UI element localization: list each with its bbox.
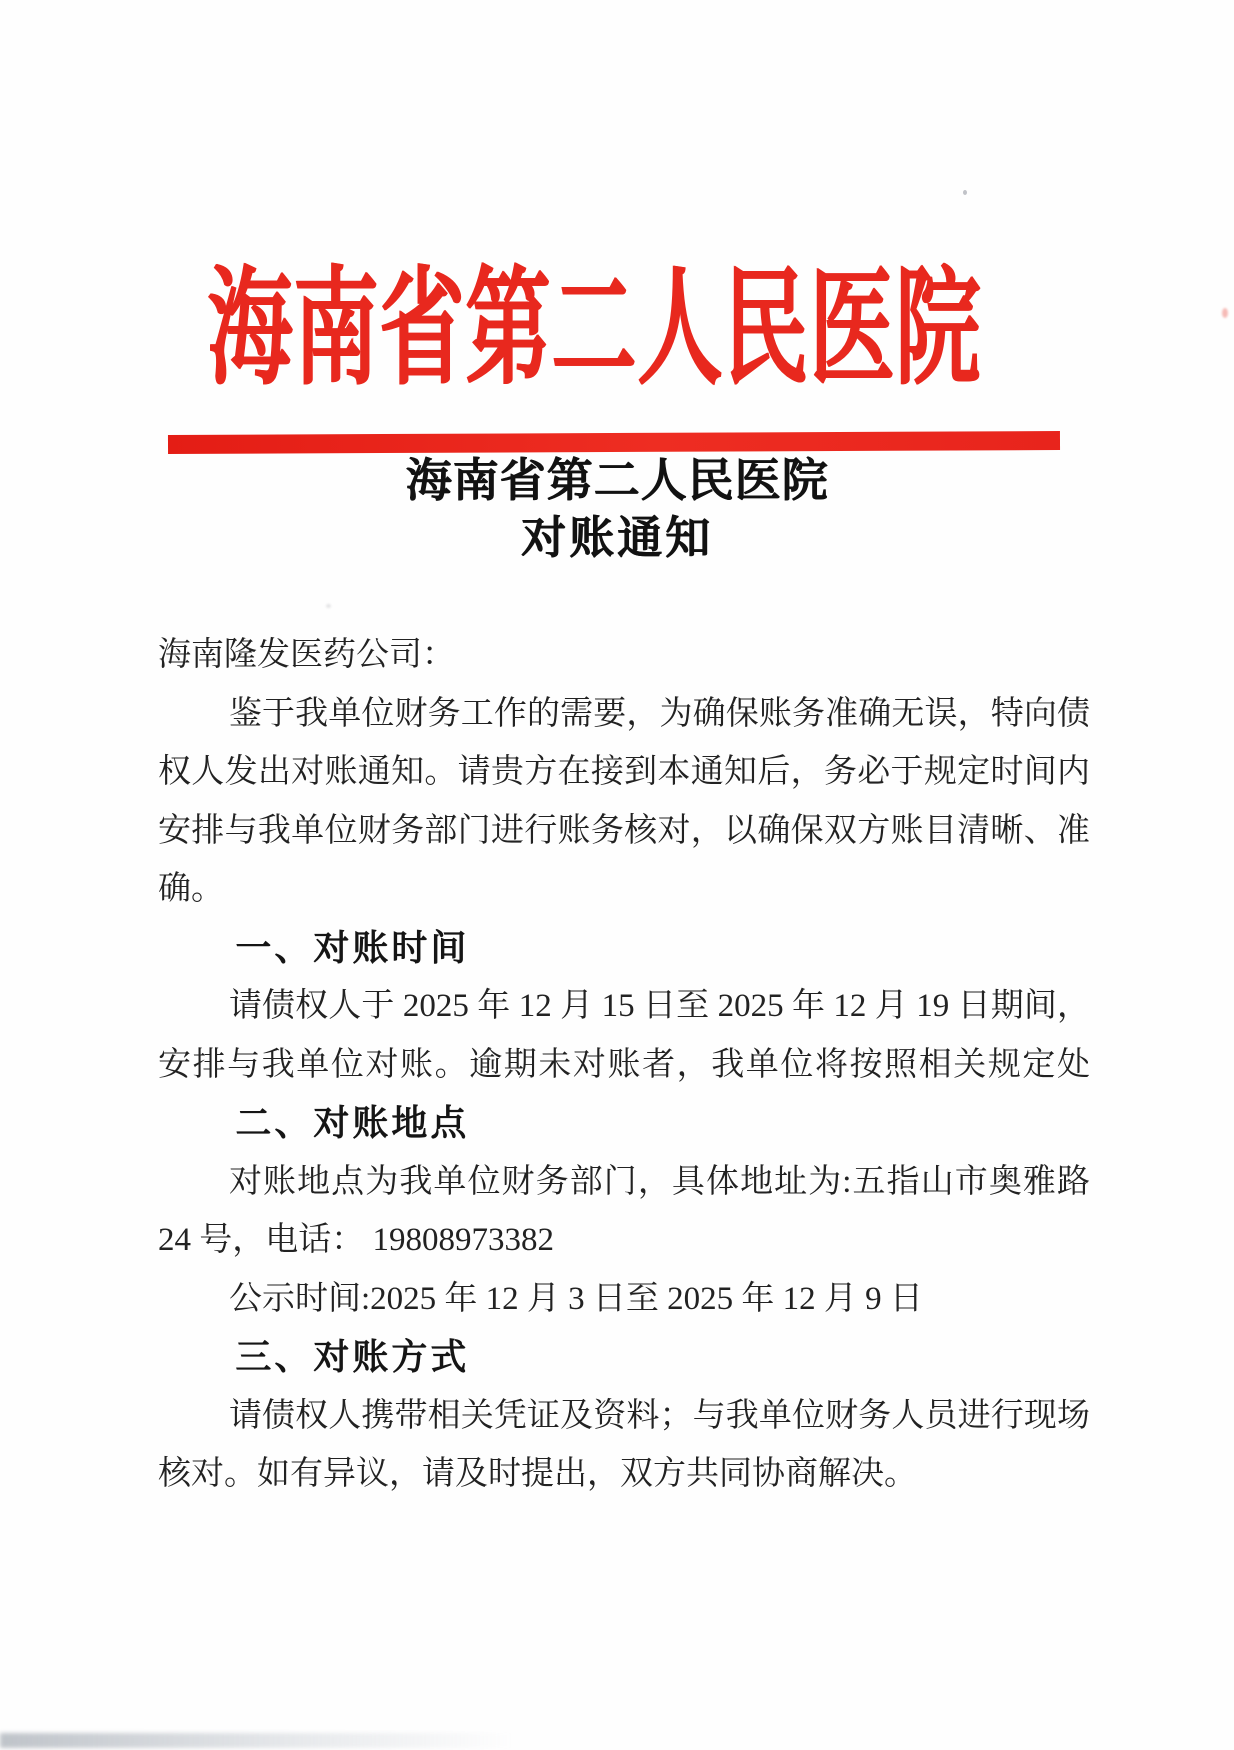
scan-speck-artifact xyxy=(963,190,967,195)
section-3-line-1: 请债权人携带相关凭证及资料；与我单位财务人员进行现场 xyxy=(158,1387,1090,1446)
document-page: 海南省第二人民医院 海南省第二人民医院 对账通知 海南隆发医药公司： 鉴于我单位… xyxy=(0,0,1234,1750)
scan-smudge-artifact xyxy=(0,1733,540,1748)
scan-speck-artifact xyxy=(1222,308,1228,318)
section-2-heading: 二、对账地点 xyxy=(158,1094,1090,1153)
letterhead-text: 海南省第二人民医院 xyxy=(207,227,981,410)
hospital-letterhead: 海南省第二人民医院 xyxy=(0,240,1234,396)
letterhead-divider-rule xyxy=(168,431,1060,454)
section-1-line-1: 请债权人于 2025 年 12 月 15 日至 2025 年 12 月 19 日… xyxy=(158,977,1090,1036)
section-2-line-3-publicity: 公示时间:2025 年 12 月 3 日至 2025 年 12 月 9 日 xyxy=(158,1270,1090,1329)
letter-body: 海南隆发医药公司： 鉴于我单位财务工作的需要，为确保账务准确无误，特向债 权人发… xyxy=(158,626,1090,1504)
intro-line-2: 权人发出对账通知。请贵方在接到本通知后，务必于规定时间内 xyxy=(158,743,1090,802)
section-3-line-2: 核对。如有异议，请及时提出，双方共同协商解决。 xyxy=(158,1445,1090,1504)
document-title: 海南省第二人民医院 对账通知 xyxy=(0,456,1234,563)
title-notice-type: 对账通知 xyxy=(0,513,1234,563)
intro-line-3: 安排与我单位财务部门进行账务核对，以确保双方账目清晰、准 xyxy=(158,802,1090,861)
recipient-line: 海南隆发医药公司： xyxy=(158,626,1090,685)
section-2-line-2-phone: 24 号，电话： 19808973382 xyxy=(158,1211,1090,1270)
intro-line-1: 鉴于我单位财务工作的需要，为确保账务准确无误，特向债 xyxy=(158,685,1090,744)
section-1-heading: 一、对账时间 xyxy=(158,919,1090,978)
section-3-heading: 三、对账方式 xyxy=(158,1328,1090,1387)
intro-line-4: 确。 xyxy=(158,860,1090,919)
section-1-line-2: 安排与我单位对账。逾期未对账者，我单位将按照相关规定处理。 xyxy=(158,1036,1090,1095)
title-hospital-name: 海南省第二人民医院 xyxy=(0,456,1234,506)
scan-speck-artifact xyxy=(326,604,331,608)
section-2-line-1: 对账地点为我单位财务部门，具体地址为:五指山市奥雅路 xyxy=(158,1153,1090,1212)
